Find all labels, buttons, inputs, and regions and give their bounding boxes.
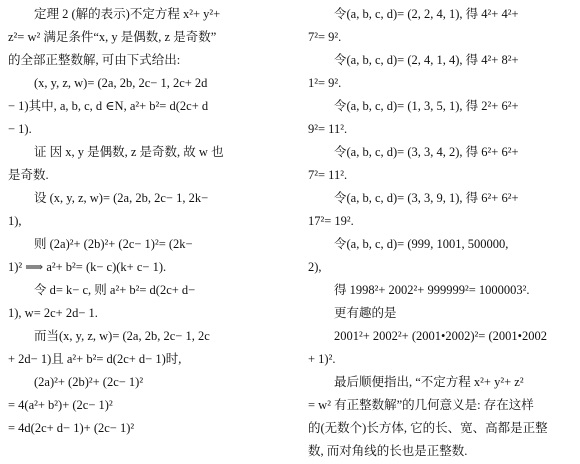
text-line: 则 (2a)²+ (2b)²+ (2c− 1)²= (2k− — [34, 236, 193, 252]
example-line: 令(a, b, c, d)= (3, 3, 9, 1), 得 6²+ 6²+ — [334, 190, 519, 206]
text-line: + 1)². — [308, 351, 335, 367]
text-line: = w² 有正整数解”的几何意义是: 存在这样 — [308, 397, 534, 413]
conclusion-line: 最后顺便指出, “不定方程 x²+ y²+ z² — [334, 374, 524, 390]
theorem-line: 定理 2 (解的表示)不定方程 x²+ y²+ — [34, 6, 220, 22]
text-line: 17²= 19². — [308, 213, 354, 229]
text-line: 设 (x, y, z, w)= (2a, 2b, 2c− 1, 2k− — [34, 190, 208, 206]
text-line: 2), — [308, 259, 322, 275]
text-line: 令 d= k− c, 则 a²+ b²= d(2c+ d− — [34, 282, 195, 298]
text-line: 数, 而对角线的长也是正整数. — [308, 443, 467, 459]
text-line: 9²= 11². — [308, 121, 347, 137]
left-column: 定理 2 (解的表示)不定方程 x²+ y²+ z²= w² 满足条件“x, y… — [0, 0, 290, 464]
text-line: 1)² ⟹ a²+ b²= (k− c)(k+ c− 1). — [8, 259, 166, 275]
example-line: 令(a, b, c, d)= (3, 3, 4, 2), 得 6²+ 6²+ — [334, 144, 519, 160]
text-line: 得 1998²+ 2002²+ 999999²= 1000003². — [334, 282, 530, 298]
example-line: 令(a, b, c, d)= (2, 2, 4, 1), 得 4²+ 4²+ — [334, 6, 519, 22]
text-line: 7²= 9². — [308, 29, 341, 45]
text-line: 1), w= 2c+ 2d− 1. — [8, 305, 98, 321]
text-line: 7²= 11². — [308, 167, 347, 183]
text-line: 1²= 9². — [308, 75, 341, 91]
example-line: 令(a, b, c, d)= (999, 1001, 500000, — [334, 236, 508, 252]
formula-line: = 4d(2c+ d− 1)+ (2c− 1)² — [8, 420, 134, 436]
proof-line: 证 因 x, y 是偶数, z 是奇数, 故 w 也 — [34, 144, 224, 160]
text-line: z²= w² 满足条件“x, y 是偶数, z 是奇数” — [8, 29, 216, 45]
text-line: 的全部正整数解, 可由下式给出: — [8, 52, 180, 68]
formula-line: (2a)²+ (2b)²+ (2c− 1)² — [34, 374, 143, 390]
formula-line: 2001²+ 2002²+ (2001•2002)²= (2001•2002 — [334, 328, 547, 344]
example-line: 令(a, b, c, d)= (1, 3, 5, 1), 得 2²+ 6²+ — [334, 98, 519, 114]
example-line: 令(a, b, c, d)= (2, 4, 1, 4), 得 4²+ 8²+ — [334, 52, 519, 68]
text-line: − 1)其中, a, b, c, d ∈N, a²+ b²= d(2c+ d — [8, 98, 208, 114]
text-line: 1), — [8, 213, 22, 229]
formula-line: (x, y, z, w)= (2a, 2b, 2c− 1, 2c+ 2d — [34, 75, 207, 91]
text-line: 的(无数个)长方体, 它的长、宽、高都是正整 — [308, 420, 548, 436]
text-line: + 2d− 1)且 a²+ b²= d(2c+ d− 1)时, — [8, 351, 181, 367]
text-line: 是奇数. — [8, 167, 49, 183]
text-line: − 1). — [8, 121, 32, 137]
formula-line: = 4(a²+ b²)+ (2c− 1)² — [8, 397, 113, 413]
right-column: 令(a, b, c, d)= (2, 2, 4, 1), 得 4²+ 4²+ 7… — [300, 0, 580, 464]
text-line: 更有趣的是 — [334, 305, 397, 321]
text-line: 而当(x, y, z, w)= (2a, 2b, 2c− 1, 2c — [34, 328, 210, 344]
